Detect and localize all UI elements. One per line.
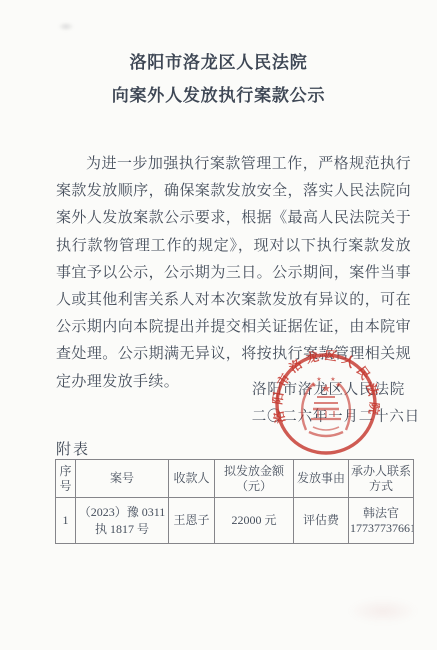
col-header-payee: 收款人 xyxy=(169,460,215,498)
svg-text:★: ★ xyxy=(321,382,331,395)
emblem-base-inner xyxy=(313,427,339,430)
col-header-contact: 承办人联系 方式 xyxy=(349,460,414,498)
emblem-wreath-right xyxy=(338,383,350,430)
svg-text:★: ★ xyxy=(335,382,340,389)
title-line-notice: 向案外人发放执行案款公示 xyxy=(0,79,437,112)
document-title: 洛阳市洛龙区人民法院 向案外人发放执行案款公示 xyxy=(0,46,437,112)
cell-index: 1 xyxy=(56,498,76,544)
official-court-seal: 洛阳市洛龙区人民法院 ★ ★ ★ ★ ★ xyxy=(272,350,380,458)
seal-graphic: 洛阳市洛龙区人民法院 ★ ★ ★ ★ ★ xyxy=(272,350,380,458)
svg-text:★: ★ xyxy=(316,376,321,383)
emblem-stars: ★ ★ ★ ★ ★ xyxy=(311,376,340,395)
document-page: 洛阳市洛龙区人民法院 向案外人发放执行案款公示 为进一步加强执行案款管理工作，严… xyxy=(0,0,437,650)
emblem-wreath-left xyxy=(302,383,314,430)
col-header-amount: 拟发放金额 （元） xyxy=(215,460,294,498)
svg-text:★: ★ xyxy=(311,382,316,389)
emblem-gate-columns xyxy=(318,411,334,417)
col-header-reason: 发放事由 xyxy=(294,460,349,498)
cell-amount: 22000 元 xyxy=(215,498,294,544)
cell-case-number: （2023）豫 0311 执 1817 号 xyxy=(76,498,169,544)
cell-contact: 韩法官 17737737661 xyxy=(349,498,414,544)
col-header-index: 序 号 xyxy=(56,460,76,498)
scan-smudge-bottom xyxy=(348,598,418,624)
col-header-case-number: 案号 xyxy=(76,460,169,498)
attachment-label: 附表 xyxy=(56,438,90,459)
scan-smudge-top xyxy=(58,22,74,31)
cell-payee: 王恩子 xyxy=(169,498,215,544)
table-row: 1 （2023）豫 0311 执 1817 号 王恩子 22000 元 评估费 … xyxy=(56,498,414,544)
case-funds-table: 序 号 案号 收款人 拟发放金额 （元） 发放事由 承办人联系 方式 1 （20… xyxy=(55,459,414,544)
cell-reason: 评估费 xyxy=(294,498,349,544)
title-line-court: 洛阳市洛龙区人民法院 xyxy=(0,46,437,79)
emblem-base-outer xyxy=(309,432,343,436)
table-header-row: 序 号 案号 收款人 拟发放金额 （元） 发放事由 承办人联系 方式 xyxy=(56,460,414,498)
